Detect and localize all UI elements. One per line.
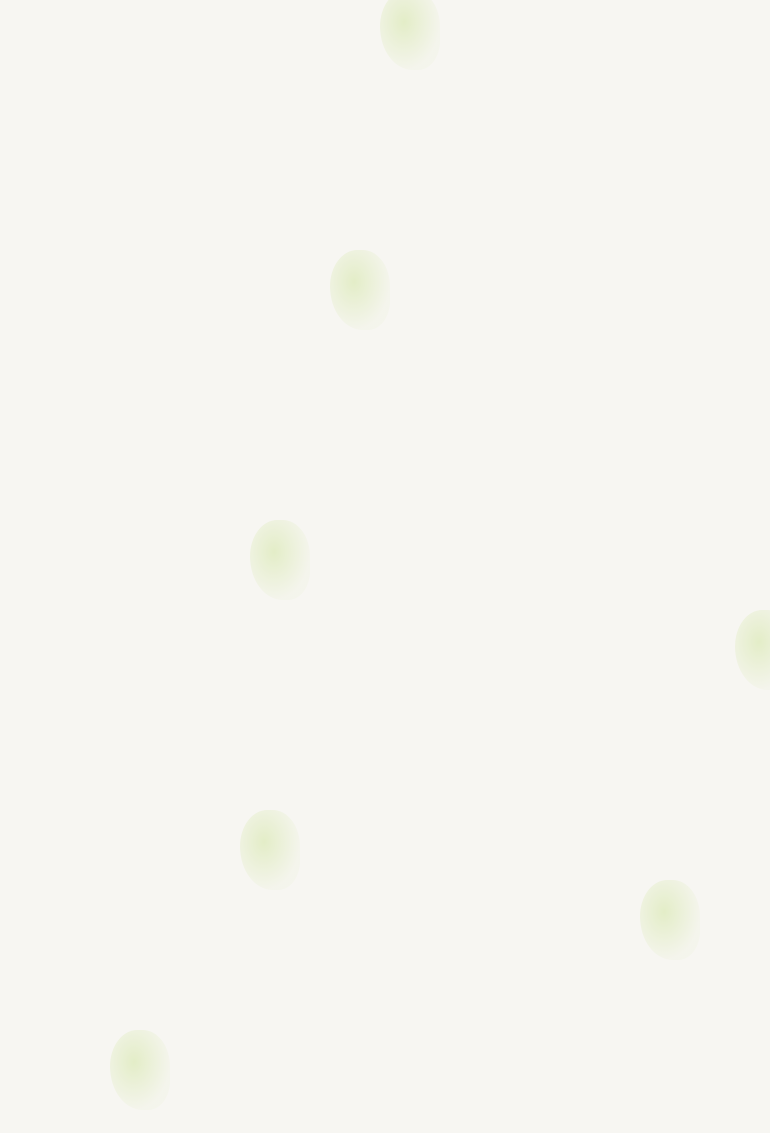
watermark-leaf-icon xyxy=(240,810,300,890)
watermark-leaf-icon xyxy=(380,0,440,70)
watermark-leaf-icon xyxy=(330,250,390,330)
watermark-leaf-icon xyxy=(640,880,700,960)
watermark-leaf-icon xyxy=(735,610,770,690)
watermark-leaf-icon xyxy=(250,520,310,600)
watermark-leaf-icon xyxy=(110,1030,170,1110)
exam-page xyxy=(0,0,770,1133)
